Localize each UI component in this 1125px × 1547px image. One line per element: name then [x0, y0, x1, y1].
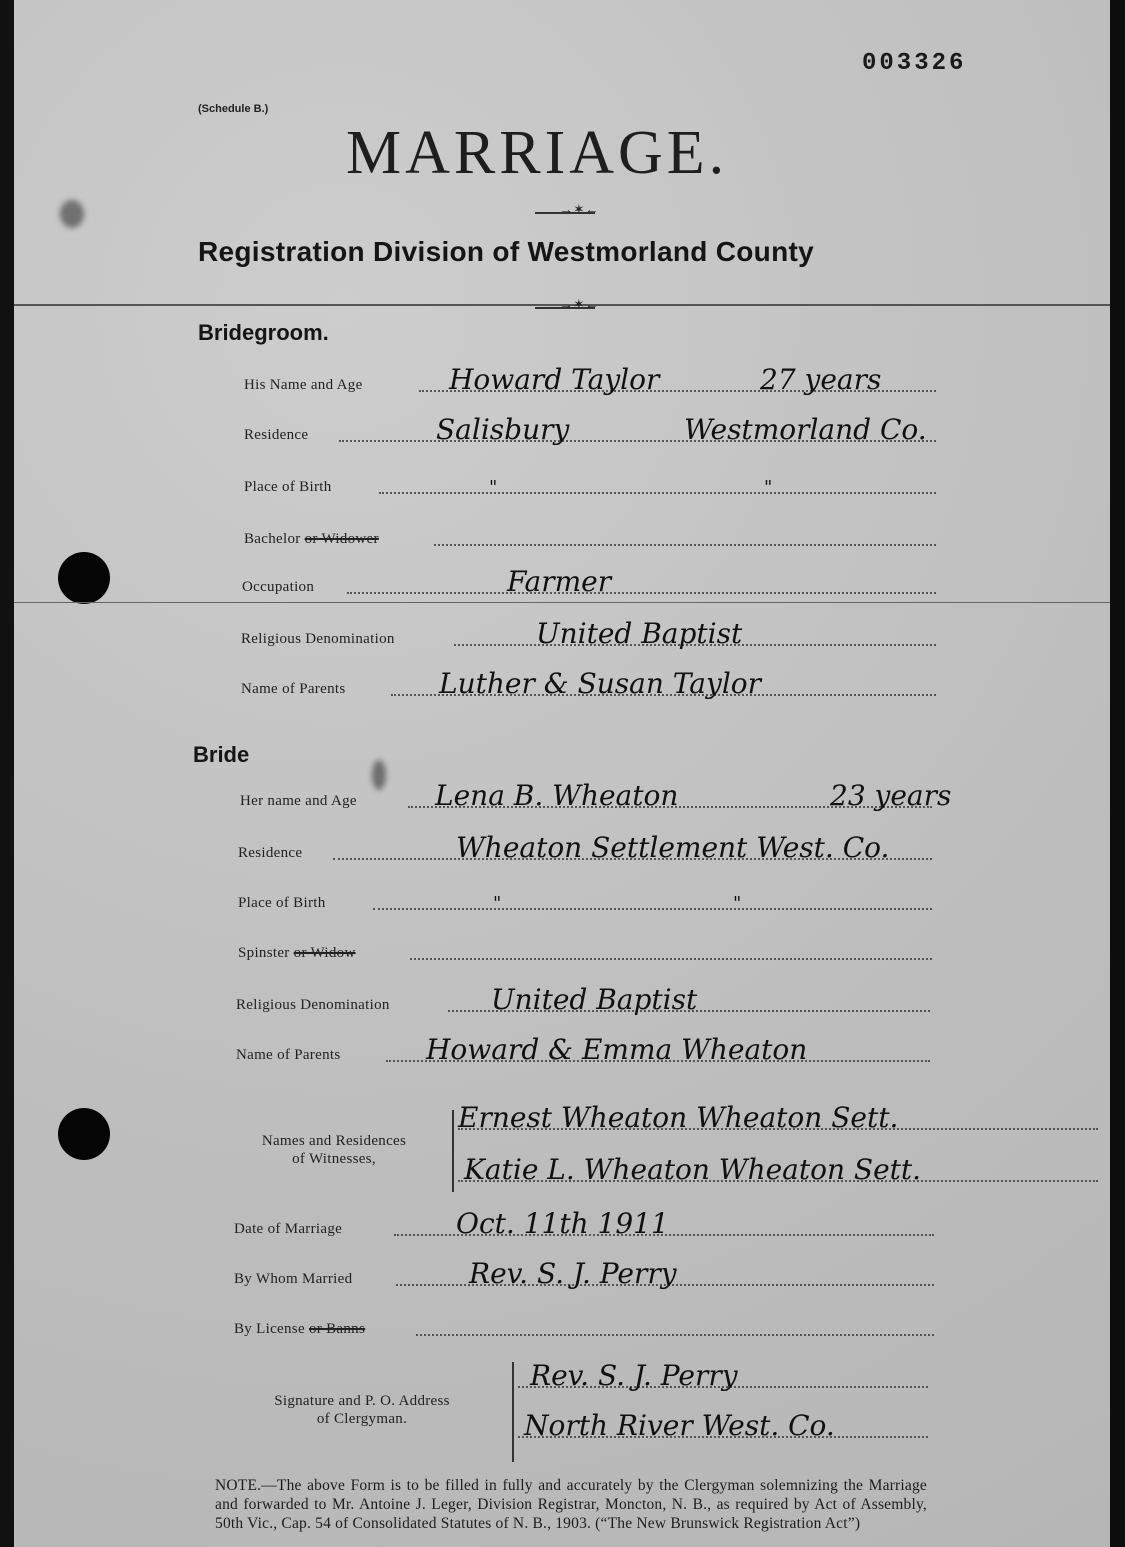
witness-row: Ernest Wheaton Wheaton Sett. [458, 1108, 1098, 1134]
form-instructions-note: NOTE.—The above Form is to be filled in … [215, 1476, 927, 1533]
field-label: His Name and Age [244, 377, 363, 394]
witnesses-label: Names and Residences of Witnesses, [234, 1132, 434, 1168]
witness-1-value: Ernest Wheaton Wheaton Sett. [458, 1101, 898, 1134]
marriage-date-value: Oct. 11th 1911 [456, 1207, 669, 1240]
clergyman-label: Signature and P. O. Address of Clergyman… [232, 1392, 492, 1428]
groom-age-value: 27 years [760, 363, 881, 396]
groom-marital-status-row: Bachelor or Widower [244, 524, 936, 550]
license-row: By License or Banns [234, 1314, 934, 1340]
officiant-value: Rev. S. J. Perry [469, 1257, 677, 1290]
groom-religion-row: Religious Denomination United Baptist [241, 624, 936, 650]
registration-division-heading: Registration Division of Westmorland Cou… [198, 236, 814, 268]
groom-occupation-row: Occupation Farmer [242, 572, 936, 598]
marriage-date-row: Date of Marriage Oct. 11th 1911 [234, 1214, 934, 1240]
witness-row: Katie L. Wheaton Wheaton Sett. [458, 1160, 1098, 1186]
groom-religion-value: United Baptist [536, 617, 742, 650]
bride-residence-value: Wheaton Settlement West. Co. [456, 831, 889, 864]
schedule-label: (Schedule B.) [198, 103, 268, 115]
witness-2-value: Katie L. Wheaton Wheaton Sett. [464, 1153, 921, 1186]
ditto-mark: " [493, 893, 501, 914]
bride-heading: Bride [193, 742, 249, 768]
bride-name-value: Lena B. Wheaton [435, 779, 678, 812]
ornament-divider: →✶← [535, 303, 595, 313]
scan-border [1110, 0, 1125, 1547]
groom-residence-county: Westmorland Co. [684, 413, 927, 446]
groom-name-age-row: His Name and Age Howard Taylor 27 years [244, 370, 936, 396]
clergyman-address: North River West. Co. [524, 1409, 835, 1442]
clergyman-address-row: North River West. Co. [518, 1416, 928, 1442]
punch-hole [58, 552, 110, 604]
clergyman-signature-row: Rev. S. J. Perry [518, 1366, 928, 1392]
page-title: MARRIAGE. [346, 118, 728, 189]
struck-option: or Widow [294, 945, 356, 961]
ditto-mark: " [733, 893, 741, 914]
bride-religion-row: Religious Denomination United Baptist [236, 990, 930, 1016]
ink-smudge [60, 200, 84, 228]
groom-residence-value: Salisbury [436, 413, 569, 446]
bride-birthplace-row: Place of Birth " " [238, 888, 932, 914]
bride-name-age-row: Her name and Age Lena B. Wheaton 23 year… [240, 786, 932, 812]
witness-bracket [452, 1110, 454, 1192]
groom-name-value: Howard Taylor [449, 363, 659, 396]
bride-age-value: 23 years [830, 779, 951, 812]
clergyman-signature: Rev. S. J. Perry [530, 1359, 738, 1392]
punch-hole [58, 1108, 110, 1160]
bride-residence-row: Residence Wheaton Settlement West. Co. [238, 838, 932, 864]
bridegroom-heading: Bridegroom. [198, 320, 329, 346]
groom-birthplace-row: Place of Birth " " [244, 472, 936, 498]
groom-residence-row: Residence Salisbury Westmorland Co. [244, 420, 936, 446]
struck-option: or Widower [305, 531, 379, 547]
groom-occupation-value: Farmer [507, 565, 611, 598]
officiant-row: By Whom Married Rev. S. J. Perry [234, 1264, 934, 1290]
groom-parents-row: Name of Parents Luther & Susan Taylor [241, 674, 936, 700]
bride-parents-value: Howard & Emma Wheaton [426, 1033, 807, 1066]
serial-number: 003326 [862, 50, 966, 77]
groom-parents-value: Luther & Susan Taylor [439, 667, 761, 700]
ornament-divider: →✶← [535, 208, 595, 218]
ditto-mark: " [489, 477, 497, 498]
bride-marital-status-row: Spinster or Widow [238, 938, 932, 964]
bride-religion-value: United Baptist [491, 983, 697, 1016]
fold-line [14, 602, 1110, 603]
bride-parents-row: Name of Parents Howard & Emma Wheaton [236, 1040, 930, 1066]
ditto-mark: " [764, 477, 772, 498]
struck-option: or Banns [309, 1321, 365, 1337]
clergyman-bracket [512, 1362, 514, 1462]
